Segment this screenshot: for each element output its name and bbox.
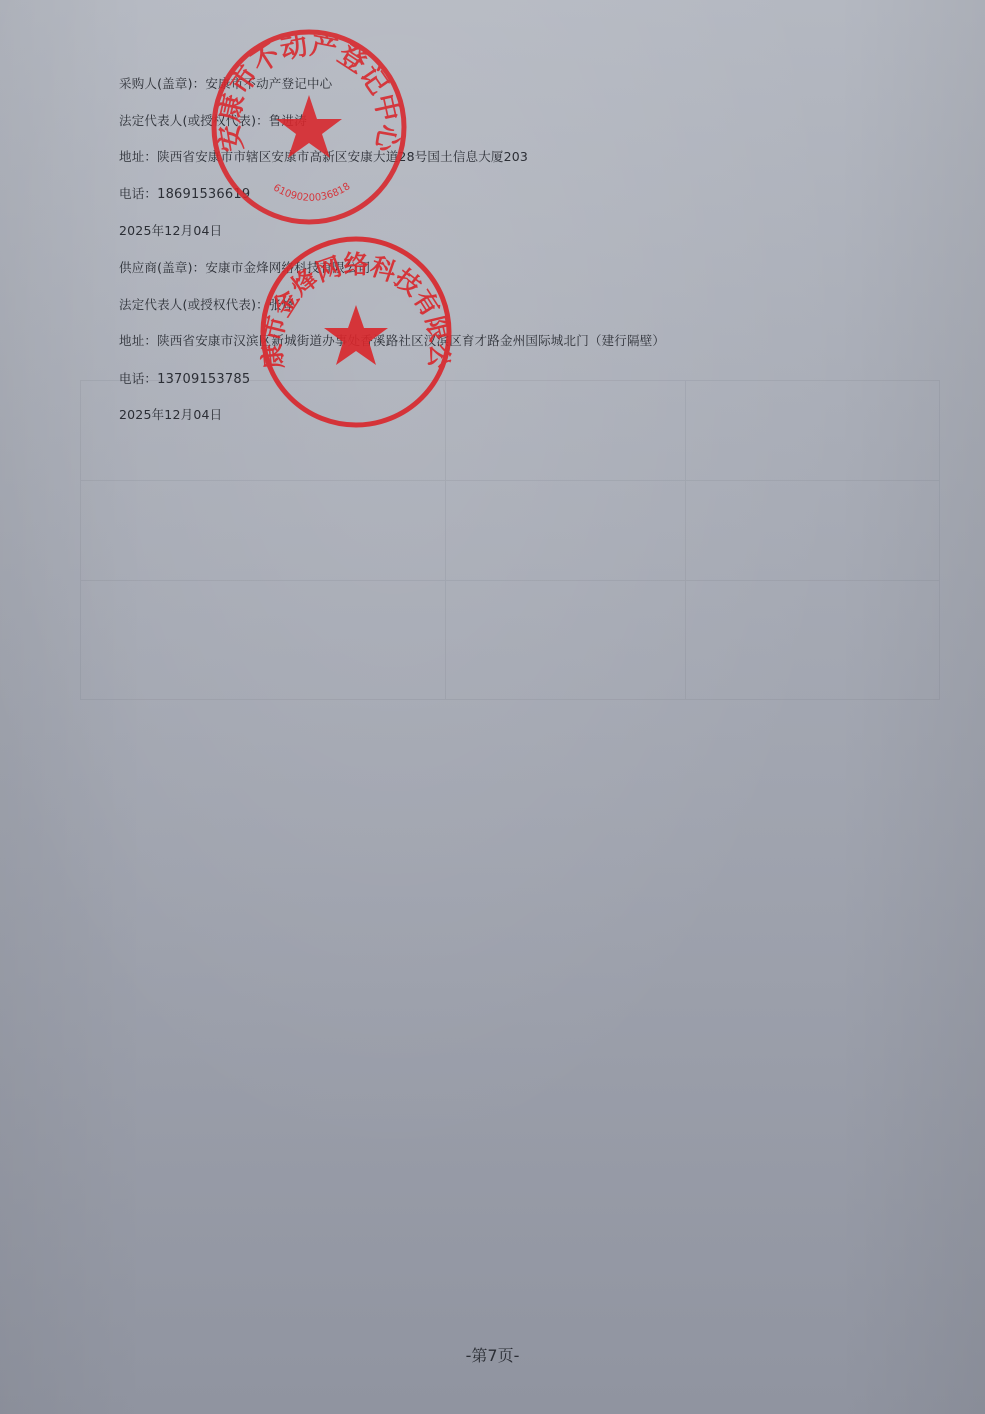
supplier-rep-name: 张烽: [269, 297, 294, 312]
purchaser-seal-label: 采购人(盖章)：: [119, 76, 205, 91]
supplier-address-label: 地址：: [119, 333, 157, 348]
purchaser-phone: 18691536619: [157, 187, 250, 202]
purchaser-phone-label: 电话：: [119, 186, 157, 201]
supplier-seal-label: 供应商(盖章)：: [119, 260, 205, 275]
purchaser-address-label: 地址：: [119, 149, 157, 164]
supplier-phone-line: 电话：13709153785: [119, 369, 250, 387]
purchaser-rep-line: 法定代表人(或授权代表)：鲁进涛: [119, 111, 307, 129]
purchaser-rep-label: 法定代表人(或授权代表)：: [119, 113, 269, 128]
show-through-table: [80, 380, 940, 700]
supplier-seal-line: 供应商(盖章)：安康市金烽网络科技有限公司: [119, 258, 370, 276]
paper-shading: [0, 0, 985, 1414]
supplier-address-line: 地址：陕西省安康市汉滨区新城街道办事处香溪路社区汉滨区育才路金州国际城北门（建行…: [119, 331, 665, 349]
purchaser-seal-line: 采购人(盖章)：安康市不动产登记中心: [119, 74, 332, 92]
supplier-phone: 13709153785: [157, 372, 250, 387]
supplier-address: 陕西省安康市汉滨区新城街道办事处香溪路社区汉滨区育才路金州国际城北门（建行隔壁）: [157, 333, 665, 348]
supplier-phone-label: 电话：: [119, 371, 157, 386]
supplier-rep-label: 法定代表人(或授权代表)：: [119, 297, 269, 312]
supplier-rep-line: 法定代表人(或授权代表)：张烽: [119, 295, 294, 313]
purchaser-name: 安康市不动产登记中心: [205, 76, 332, 91]
purchaser-rep-name: 鲁进涛: [269, 113, 307, 128]
purchaser-address-line: 地址：陕西省安康市市辖区安康市高新区安康大道28号国土信息大厦203: [119, 147, 528, 165]
svg-text:6109020036818: 6109020036818: [271, 181, 352, 204]
supplier-date: 2025年12月04日: [119, 405, 222, 423]
purchaser-address: 陕西省安康市市辖区安康市高新区安康大道28号国土信息大厦203: [157, 149, 528, 164]
page-number: -第7页-: [0, 1343, 985, 1366]
supplier-name: 安康市金烽网络科技有限公司: [205, 260, 370, 275]
purchaser-date: 2025年12月04日: [119, 221, 222, 239]
purchaser-phone-line: 电话：18691536619: [119, 184, 250, 202]
